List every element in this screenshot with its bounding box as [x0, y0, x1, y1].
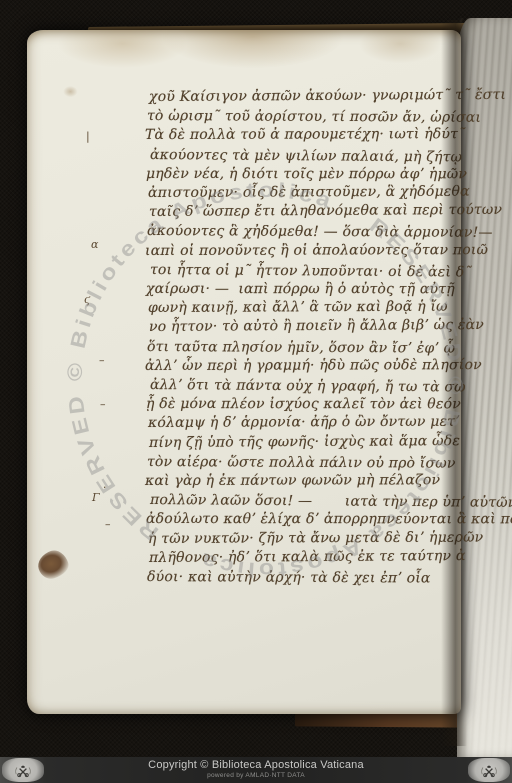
powered-by-line: powered by AMLAD·NTT DATA — [207, 773, 305, 780]
footer-bar: Copyright © Biblioteca Apostolica Vatica… — [0, 757, 512, 783]
manuscript-line: ἀκούοντες ἃ χἠδόμεθα! — ὅσα διὰ ἁρμονίαν… — [147, 222, 463, 243]
ink-stain — [35, 547, 72, 582]
margin-mark: ϛ — [84, 293, 90, 306]
manuscript-line: καὶ γὰρ ἡ ἐκ πάντων φωνῶν μὴ πέλαζον — [145, 471, 463, 491]
manuscript-line: δύοι· καὶ αὐτὴν ἀρχή· τὰ δὲ χει ἐπʼ οἷα — [147, 568, 463, 589]
margin-mark: | — [86, 130, 90, 143]
vatican-emblem-stamp-left — [2, 758, 44, 782]
vatican-keys-icon — [480, 762, 498, 779]
manuscript-text-block: χοῦ Καίσιγον ἀσπῶν ἀκούων· γνωριμώτ῀ τ῀ … — [147, 88, 463, 587]
manuscript-line: μηδὲν νέα, ἡ διότι τοῖς μὲν πόρρω ἀφʼ ἡμ… — [146, 165, 463, 184]
margin-mark: · — [103, 481, 107, 494]
page-gutter-shadow — [441, 20, 467, 746]
manuscript-line: ἀπιστοῦμεν· οἷς δὲ ἀπιστοῦμεν, ἃ χἠδόμεθ… — [148, 183, 463, 204]
manuscript-line: ιαπὶ οἱ πονοῦντες ἢ οἱ ἀπολαύοντες ὅταν … — [145, 241, 463, 261]
copyright-line: Copyright © Biblioteca Apostolica Vatica… — [148, 760, 364, 771]
manuscript-line: ἡ τῶν νυκτῶν· ζῆν τὰ ἄνω μετὰ δὲ διʼ ἡμε… — [148, 528, 463, 549]
scan-background: χοῦ Καίσιγον ἀσπῶν ἀκούων· γνωριμώτ῀ τ῀ … — [0, 0, 512, 783]
margin-mark: α — [91, 238, 98, 251]
manuscript-line: ἀλλʼ ὧν περὶ ἡ γραμμή· ἡδὺ πῶς οὐδὲ πλησ… — [145, 356, 463, 376]
manuscript-line: Τὰ δὲ πολλὰ τοῦ ἀ παρουμετέχη· ιωτὶ ἡδύτ… — [145, 126, 463, 146]
vatican-keys-icon — [14, 762, 32, 779]
vatican-emblem-stamp-right — [468, 758, 510, 782]
manuscript-line: πλῆθονος· ἠδʼ ὅτι καλὰ πῶς ἐκ τε ταύτην … — [149, 547, 463, 568]
manuscript-line: χοῦ Καίσιγον ἀσπῶν ἀκούων· γνωριμώτ῀ τ῀ … — [149, 86, 463, 107]
manuscript-line: πίνη ζῇ ὑπὸ τῆς φωνῆς· ἰσχὺς καὶ ἅμα ὧδε — [149, 432, 463, 453]
manuscript-page: χοῦ Καίσιγον ἀσπῶν ἀκούων· γνωριμώτ῀ τ῀ … — [27, 30, 461, 714]
margin-mark: Γ — [92, 491, 100, 504]
manuscript-line: ταῖς δʼ ὥσπερ ἔτι ἀληθανόμεθα καὶ περὶ τ… — [149, 201, 463, 222]
margin-mark: – — [105, 518, 111, 531]
manuscript-line: κόλαμψ ἡ δʼ ἁρμονία· ἀῆρ ὁ ὢν ὄντων μετʼ — [148, 413, 463, 434]
manuscript-line: ἀδούλωτο καθʼ ἑλίχα δʼ ἀπορρηπνεύονται ἃ… — [146, 510, 463, 529]
manuscript-line: νο ἧττον· τὸ αὐτὸ ἢ ποιεῖν ἢ ἄλλα βιβʼ ὡ… — [149, 317, 463, 338]
manuscript-line: ᾗ δὲ μόνα πλέον ἰσχύος καλεῖ τὸν ἀεὶ θεό… — [146, 395, 463, 414]
manuscript-line: ἀκούοντες τὰ μὲν ψιλίων παλαιά, μὴ ζήτῳ — [150, 146, 463, 168]
manuscript-line: χαίρωσι· — ιαπὶ πόρρω ἢ ὁ αὐτὸς τῇ αὐτῇ — [146, 280, 463, 299]
margin-mark: – — [99, 354, 105, 367]
margin-mark: – — [100, 398, 106, 411]
manuscript-line: φωνὴ καινῇ, καὶ ἄλλʼ ἃ τῶν καὶ βοᾷ ἡ ἴω — [148, 298, 463, 319]
